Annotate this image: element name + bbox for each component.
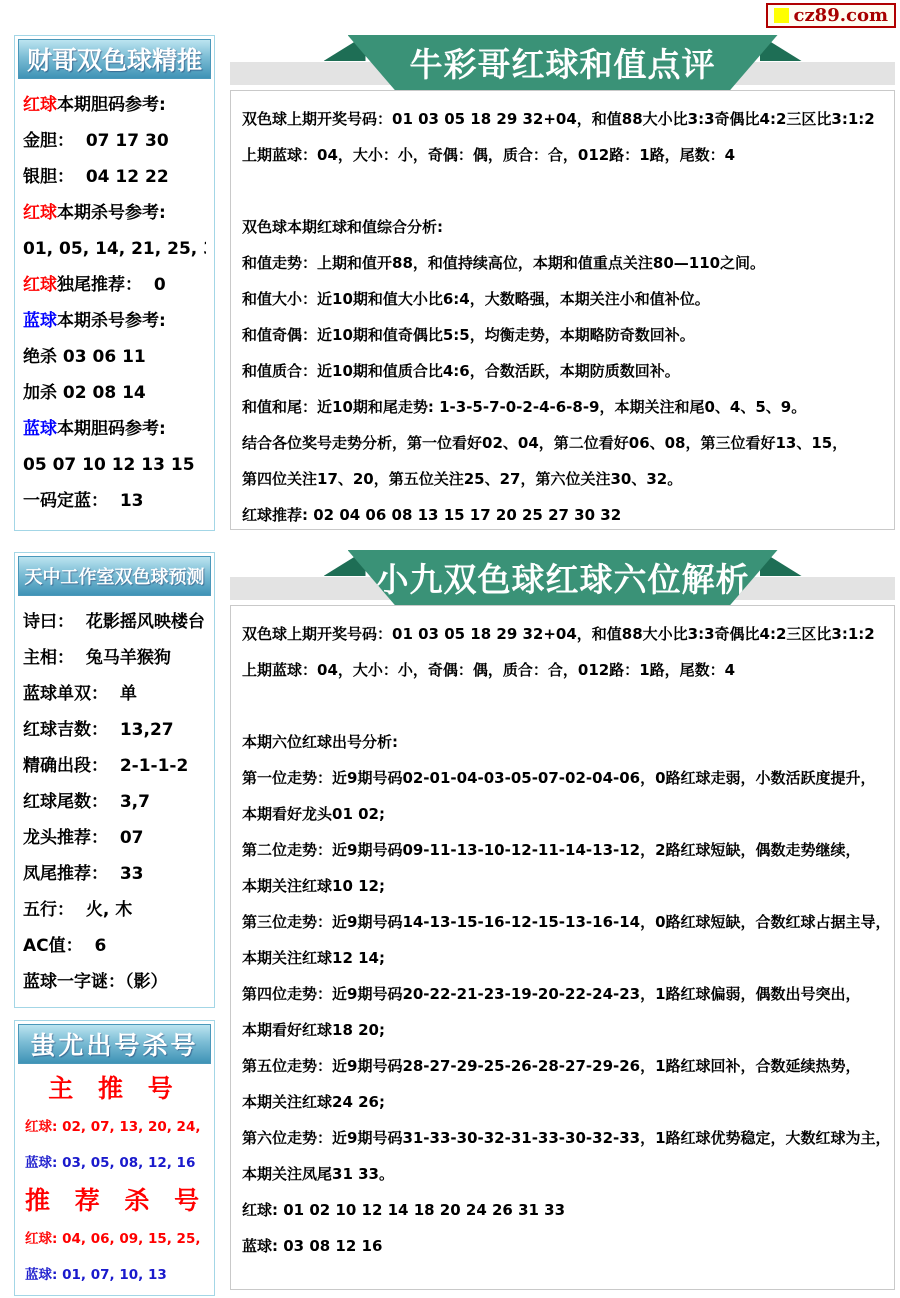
prediction-line: 诗曰： 花影摇风映楼台 — [23, 604, 206, 640]
line-text: 蓝球: 03 08 12 16 — [242, 1237, 382, 1255]
line-text: 本期关注红球12 14; — [242, 949, 385, 967]
line-text: 01, 05, 14, 21, 25, 33 — [23, 239, 206, 259]
section1-banner-row: 牛彩哥红球和值点评 — [230, 35, 895, 90]
analysis-line: 本期看好龙头01 02; — [242, 796, 883, 832]
line-prefix: 蓝球 — [23, 311, 57, 331]
line-text: 和值大小：近10期和值大小比6:4，大数略强，本期关注小和值补位。 — [242, 290, 710, 308]
line-text: 第二位走势：近9期号码09-11-13-10-12-11-14-13-12，2路… — [242, 841, 861, 859]
line-text: 上期蓝球：04，大小：小，奇偶：偶，质合：合，012路：1路，尾数：4 — [242, 146, 735, 164]
analysis-line: 结合各位奖号走势分析，第一位看好02、04，第二位看好06、08，第三位看好13… — [242, 425, 883, 461]
prediction-line: 一码定蓝： 13 — [23, 483, 206, 519]
line-text: 和值质合：近10期和值质合比4:6，合数活跃，本期防质数回补。 — [242, 362, 680, 380]
line-text: 和值和尾：近10期和尾走势: 1-3-5-7-0-2-4-6-8-9，本期关注和… — [242, 398, 806, 416]
section1-content: 双色球上期开奖号码：01 03 05 18 29 32+04，和值88大小比3:… — [230, 90, 895, 530]
line-text: 蓝球单双： 单 — [23, 684, 137, 704]
panel-tianzhong-title: 天中工作室双色球预测 — [18, 556, 211, 596]
line-text: 红球: 04, 06, 09, 15, 25, 33 — [25, 1231, 204, 1247]
panel-caige-predictions: 财哥双色球精推 红球本期胆码参考:金胆： 07 17 30银胆： 04 12 2… — [14, 35, 215, 531]
line-text: 双色球本期红球和值综合分析: — [242, 218, 443, 236]
analysis-line: 上期蓝球：04，大小：小，奇偶：偶，质合：合，012路：1路，尾数：4 — [242, 652, 883, 688]
panel-chiyou-body: 主 推 号红球: 02, 07, 13, 20, 24, 30蓝球: 03, 0… — [15, 1067, 214, 1295]
line-text: 银胆： 04 12 22 — [23, 167, 169, 187]
analysis-line: 本期关注红球24 26; — [242, 1084, 883, 1120]
line-text: 金胆： 07 17 30 — [23, 131, 169, 151]
analysis-line: 第三位走势：近9期号码14-13-15-16-12-15-13-16-14，0路… — [242, 904, 883, 940]
line-text: 红球尾数： 3,7 — [23, 792, 150, 812]
prediction-line: 红球: 04, 06, 09, 15, 25, 33 — [25, 1221, 204, 1257]
line-text: 第一位走势：近9期号码02-01-04-03-05-07-02-04-06，0路… — [242, 769, 876, 787]
site-logo[interactable]: cz89.com — [766, 3, 896, 28]
analysis-line: 本期关注凤尾31 33。 — [242, 1156, 883, 1192]
analysis-line: 第二位走势：近9期号码09-11-13-10-12-11-14-13-12，2路… — [242, 832, 883, 868]
line-text: 第四位关注17、20，第五位关注25、27，第六位关注30、32。 — [242, 470, 682, 488]
line-text: 本期杀号参考: — [57, 311, 166, 331]
line-text: AC值： 6 — [23, 936, 106, 956]
analysis-line: 本期六位红球出号分析: — [242, 724, 883, 760]
analysis-line: 红球: 01 02 10 12 14 18 20 24 26 31 33 — [242, 1192, 883, 1228]
ribbon-banner: 小九双色球红球六位解析 — [348, 550, 778, 605]
line-text: 本期胆码参考: — [57, 95, 166, 115]
analysis-line: 第六位走势：近9期号码31-33-30-32-31-33-30-32-33，1路… — [242, 1120, 883, 1156]
line-text: 本期胆码参考: — [57, 419, 166, 439]
logo-square-icon — [774, 8, 789, 23]
line-text: 红球: 02, 07, 13, 20, 24, 30 — [25, 1119, 204, 1135]
line-text: 本期关注红球10 12; — [242, 877, 385, 895]
analysis-line: 和值奇偶：近10期和值奇偶比5:5，均衡走势，本期略防奇数回补。 — [242, 317, 883, 353]
line-text: 红球: 01 02 10 12 14 18 20 24 26 31 33 — [242, 1201, 565, 1219]
section-six-position-analysis: 小九双色球红球六位解析 双色球上期开奖号码：01 03 05 18 29 32+… — [230, 550, 895, 1290]
prediction-line: 蓝球单双： 单 — [23, 676, 206, 712]
prediction-line: 蓝球: 01, 07, 10, 13 — [25, 1257, 204, 1293]
line-text: 独尾推荐： 0 — [57, 275, 166, 295]
line-prefix: 红球 — [23, 275, 57, 295]
prediction-line: 主 推 号 — [25, 1069, 204, 1109]
line-prefix: 蓝球 — [23, 419, 57, 439]
prediction-line: 红球本期胆码参考: — [23, 87, 206, 123]
prediction-line: 红球尾数： 3,7 — [23, 784, 206, 820]
prediction-line: 精确出段： 2-1-1-2 — [23, 748, 206, 784]
section1-title: 牛彩哥红球和值点评 — [348, 35, 778, 90]
line-text: 双色球上期开奖号码：01 03 05 18 29 32+04，和值88大小比3:… — [242, 625, 875, 643]
prediction-line: 红球: 02, 07, 13, 20, 24, 30 — [25, 1109, 204, 1145]
analysis-line: 和值质合：近10期和值质合比4:6，合数活跃，本期防质数回补。 — [242, 353, 883, 389]
line-text: 结合各位奖号走势分析，第一位看好02、04，第二位看好06、08，第三位看好13… — [242, 434, 847, 452]
prediction-line: 加杀 02 08 14 — [23, 375, 206, 411]
section-sum-value-commentary: 牛彩哥红球和值点评 双色球上期开奖号码：01 03 05 18 29 32+04… — [230, 35, 895, 530]
line-text: 龙头推荐： 07 — [23, 828, 144, 848]
section2-title: 小九双色球红球六位解析 — [348, 550, 778, 605]
line-text: 蓝球一字谜：（影） — [23, 972, 168, 992]
line-text: 精确出段： 2-1-1-2 — [23, 756, 188, 776]
prediction-line: 蓝球本期杀号参考: — [23, 303, 206, 339]
line-text: 上期蓝球：04，大小：小，奇偶：偶，质合：合，012路：1路，尾数：4 — [242, 661, 735, 679]
line-text: 本期关注凤尾31 33。 — [242, 1165, 394, 1183]
prediction-line: 蓝球一字谜：（影） — [23, 964, 206, 1000]
line-text: 红球推荐: 02 04 06 08 13 15 17 20 25 27 30 3… — [242, 506, 621, 524]
line-text: 凤尾推荐： 33 — [23, 864, 144, 884]
analysis-line: 和值大小：近10期和值大小比6:4，大数略强，本期关注小和值补位。 — [242, 281, 883, 317]
line-text: 绝杀 03 06 11 — [23, 347, 146, 367]
prediction-line: 红球独尾推荐： 0 — [23, 267, 206, 303]
panel-tianzhong-body: 诗曰： 花影摇风映楼台主相： 兔马羊猴狗蓝球单双： 单红球吉数： 13,27精确… — [15, 599, 214, 1005]
section2-content: 双色球上期开奖号码：01 03 05 18 29 32+04，和值88大小比3:… — [230, 605, 895, 1290]
line-text: 本期看好红球18 20; — [242, 1021, 385, 1039]
panel-caige-title: 财哥双色球精推 — [18, 39, 211, 79]
prediction-line: 蓝球本期胆码参考: — [23, 411, 206, 447]
prediction-line: 五行： 火, 木 — [23, 892, 206, 928]
analysis-line: 和值和尾：近10期和尾走势: 1-3-5-7-0-2-4-6-8-9，本期关注和… — [242, 389, 883, 425]
analysis-line: 第五位走势：近9期号码28-27-29-25-26-28-27-29-26，1路… — [242, 1048, 883, 1084]
logo-text: cz89.com — [793, 5, 888, 26]
analysis-line — [242, 173, 883, 209]
prediction-line: 龙头推荐： 07 — [23, 820, 206, 856]
prediction-line: 凤尾推荐： 33 — [23, 856, 206, 892]
line-text: 本期六位红球出号分析: — [242, 733, 398, 751]
analysis-line — [242, 688, 883, 724]
line-text: 双色球上期开奖号码：01 03 05 18 29 32+04，和值88大小比3:… — [242, 110, 875, 128]
line-prefix: 红球 — [23, 203, 57, 223]
line-text: 诗曰： 花影摇风映楼台 — [23, 612, 205, 632]
analysis-line: 双色球上期开奖号码：01 03 05 18 29 32+04，和值88大小比3:… — [242, 616, 883, 652]
page: cz89.com 财哥双色球精推 红球本期胆码参考:金胆： 07 17 30银胆… — [0, 0, 900, 1298]
analysis-line: 和值走势：上期和值开88，和值持续高位，本期和值重点关注80—110之间。 — [242, 245, 883, 281]
panel-tianzhong-studio: 天中工作室双色球预测 诗曰： 花影摇风映楼台主相： 兔马羊猴狗蓝球单双： 单红球… — [14, 552, 215, 1008]
prediction-line: 银胆： 04 12 22 — [23, 159, 206, 195]
line-prefix: 红球 — [23, 95, 57, 115]
analysis-line: 第一位走势：近9期号码02-01-04-03-05-07-02-04-06，0路… — [242, 760, 883, 796]
analysis-line: 第四位关注17、20，第五位关注25、27，第六位关注30、32。 — [242, 461, 883, 497]
analysis-line: 本期关注红球10 12; — [242, 868, 883, 904]
analysis-line: 第四位走势：近9期号码20-22-21-23-19-20-22-24-23，1路… — [242, 976, 883, 1012]
line-text: 主相： 兔马羊猴狗 — [23, 648, 171, 668]
prediction-line: 蓝球: 03, 05, 08, 12, 16 — [25, 1145, 204, 1181]
analysis-line: 双色球本期红球和值综合分析: — [242, 209, 883, 245]
analysis-line: 本期关注红球12 14; — [242, 940, 883, 976]
panel-chiyou-title: 蚩尤出号杀号 — [18, 1024, 211, 1064]
line-text: 蓝球: 03, 05, 08, 12, 16 — [25, 1155, 195, 1171]
ribbon-banner: 牛彩哥红球和值点评 — [348, 35, 778, 90]
prediction-line: 金胆： 07 17 30 — [23, 123, 206, 159]
line-text: 第三位走势：近9期号码14-13-15-16-12-15-13-16-14，0路… — [242, 913, 883, 931]
prediction-line: 红球本期杀号参考: — [23, 195, 206, 231]
line-text: 一码定蓝： 13 — [23, 491, 144, 511]
analysis-line: 红球推荐: 02 04 06 08 13 15 17 20 25 27 30 3… — [242, 497, 883, 530]
panel-caige-body: 红球本期胆码参考:金胆： 07 17 30银胆： 04 12 22红球本期杀号参… — [15, 82, 214, 524]
line-text: 第六位走势：近9期号码31-33-30-32-31-33-30-32-33，1路… — [242, 1129, 883, 1147]
line-text: 第五位走势：近9期号码28-27-29-25-26-28-27-29-26，1路… — [242, 1057, 861, 1075]
line-text: 本期杀号参考: — [57, 203, 166, 223]
line-text: 加杀 02 08 14 — [23, 383, 146, 403]
line-text: 和值奇偶：近10期和值奇偶比5:5，均衡走势，本期略防奇数回补。 — [242, 326, 695, 344]
panel-chiyou-numbers: 蚩尤出号杀号 主 推 号红球: 02, 07, 13, 20, 24, 30蓝球… — [14, 1020, 215, 1296]
line-text: 推 荐 杀 号 — [25, 1186, 204, 1215]
line-text: 本期关注红球24 26; — [242, 1093, 385, 1111]
line-text: 和值走势：上期和值开88，和值持续高位，本期和值重点关注80—110之间。 — [242, 254, 765, 272]
line-text: 第四位走势：近9期号码20-22-21-23-19-20-22-24-23，1路… — [242, 985, 861, 1003]
line-text: 主 推 号 — [48, 1074, 180, 1103]
prediction-line: 绝杀 03 06 11 — [23, 339, 206, 375]
section2-banner-row: 小九双色球红球六位解析 — [230, 550, 895, 605]
prediction-line: 红球吉数： 13,27 — [23, 712, 206, 748]
line-text: 红球吉数： 13,27 — [23, 720, 174, 740]
prediction-line: 主相： 兔马羊猴狗 — [23, 640, 206, 676]
line-text: 05 07 10 12 13 15 — [23, 455, 195, 475]
analysis-line: 本期看好红球18 20; — [242, 1012, 883, 1048]
analysis-line: 双色球上期开奖号码：01 03 05 18 29 32+04，和值88大小比3:… — [242, 101, 883, 137]
analysis-line: 上期蓝球：04，大小：小，奇偶：偶，质合：合，012路：1路，尾数：4 — [242, 137, 883, 173]
prediction-line: 05 07 10 12 13 15 — [23, 447, 206, 483]
prediction-line: 01, 05, 14, 21, 25, 33 — [23, 231, 206, 267]
line-text: 五行： 火, 木 — [23, 900, 132, 920]
analysis-line: 蓝球: 03 08 12 16 — [242, 1228, 883, 1264]
prediction-line: 推 荐 杀 号 — [25, 1181, 204, 1221]
line-text: 蓝球: 01, 07, 10, 13 — [25, 1267, 167, 1283]
prediction-line: AC值： 6 — [23, 928, 206, 964]
line-text: 本期看好龙头01 02; — [242, 805, 385, 823]
